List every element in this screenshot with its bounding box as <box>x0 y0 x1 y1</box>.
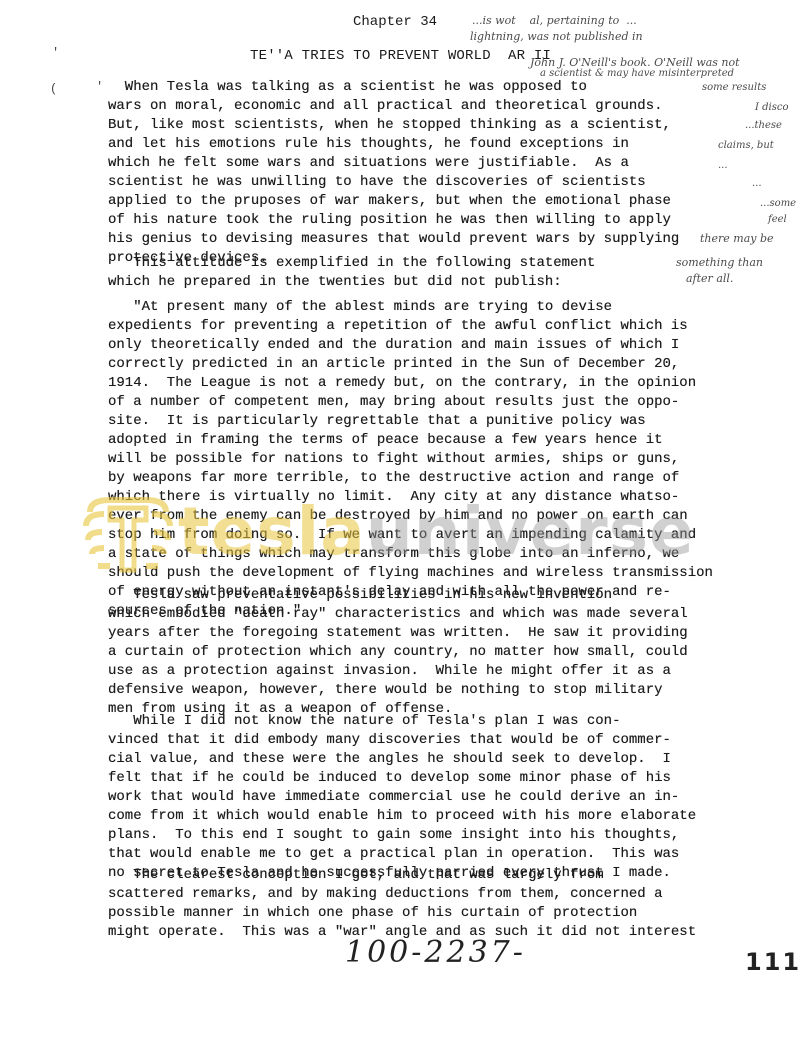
text-line: But, like most scientists, when he stopp… <box>108 116 679 135</box>
text-line: While I did not know the nature of Tesla… <box>108 712 696 731</box>
text-line: wars on moral, economic and all practica… <box>108 97 679 116</box>
paragraph: This attitude is exemplified in the foll… <box>108 254 595 292</box>
text-line: and let his emotions rule his thoughts, … <box>108 135 679 154</box>
text-line: ever from the enemy can be destroyed by … <box>108 507 713 526</box>
text-line: site. It is particularly regrettable tha… <box>108 412 713 431</box>
text-line: "At present many of the ablest minds are… <box>108 298 713 317</box>
text-line: scattered remarks, and by making deducti… <box>108 885 696 904</box>
text-line: which he felt some wars and situations w… <box>108 154 679 173</box>
handwritten-note: ... <box>752 178 762 189</box>
handwritten-note: I disco <box>755 102 788 113</box>
text-line: correctly predicted in an article printe… <box>108 355 713 374</box>
text-line: work that would have immediate commercia… <box>108 788 696 807</box>
handwritten-note: ... <box>718 160 728 171</box>
text-line: The clearest conception I got, and that … <box>108 866 696 885</box>
text-line: by weapons far more terrible, to the des… <box>108 469 713 488</box>
text-line: will be possible for nations to fight wi… <box>108 450 713 469</box>
text-line: 1914. The League is not a remedy but, on… <box>108 374 713 393</box>
handwritten-note: claims, but <box>718 140 774 151</box>
text-line: When Tesla was talking as a scientist he… <box>108 78 679 97</box>
handwritten-note: there may be <box>700 232 774 245</box>
text-line: defensive weapon, however, there would b… <box>108 681 688 700</box>
handwritten-note: ...these <box>745 120 782 131</box>
text-line: that would enable me to get a practical … <box>108 845 696 864</box>
handwritten-note: ...some <box>760 198 796 209</box>
paragraph: When Tesla was talking as a scientist he… <box>108 78 679 268</box>
handwritten-note: feel <box>768 214 787 225</box>
text-line: come from it which would enable him to p… <box>108 807 696 826</box>
text-line: should push the development of flying ma… <box>108 564 713 583</box>
paragraph-quotation: "At present many of the ablest minds are… <box>108 298 713 621</box>
text-line: vinced that it did embody many discoveri… <box>108 731 696 750</box>
margin-mark: ' <box>52 46 59 60</box>
paragraph: While I did not know the nature of Tesla… <box>108 712 696 883</box>
handwritten-note: some results <box>702 82 766 93</box>
text-line: Tesla saw preventative possibilities in … <box>108 586 688 605</box>
handwritten-note: something than <box>676 256 763 269</box>
text-line: applied to the pruposes of war makers, b… <box>108 192 679 211</box>
page-number: 111 <box>745 948 800 976</box>
paragraph: The clearest conception I got, and that … <box>108 866 696 942</box>
text-line: which he prepared in the twenties but di… <box>108 273 595 292</box>
text-line: felt that if he could be induced to deve… <box>108 769 696 788</box>
text-line: adopted in framing the terms of peace be… <box>108 431 713 450</box>
margin-mark: ' <box>96 80 103 94</box>
text-line: a curtain of protection which any countr… <box>108 643 688 662</box>
handwritten-note: lightning, was not published in <box>470 30 643 43</box>
handwritten-note: after all. <box>686 272 733 285</box>
paragraph: Tesla saw preventative possibilities in … <box>108 586 688 719</box>
text-line: expedients for preventing a repetition o… <box>108 317 713 336</box>
text-line: his genius to devising measures that wou… <box>108 230 679 249</box>
text-line: use as a protection against invasion. Wh… <box>108 662 688 681</box>
chapter-heading: Chapter 34 <box>353 14 437 30</box>
text-line: years after the foregoing statement was … <box>108 624 688 643</box>
text-line: This attitude is exemplified in the foll… <box>108 254 595 273</box>
text-line: scientist he was unwilling to have the d… <box>108 173 679 192</box>
text-line: which there is virtually no limit. Any c… <box>108 488 713 507</box>
file-number: 100-2237- <box>345 935 526 970</box>
chapter-title: TE''A TRIES TO PREVENT WORLD AR II <box>250 48 551 64</box>
text-line: stop him from doing so. If we want to av… <box>108 526 713 545</box>
text-line: plans. To this end I sought to gain some… <box>108 826 696 845</box>
text-line: a state of things which may transform th… <box>108 545 713 564</box>
text-line: possible manner in which one phase of hi… <box>108 904 696 923</box>
margin-mark: ( <box>50 82 57 96</box>
text-line: cial value, and these were the angles he… <box>108 750 696 769</box>
text-line: which embodied "death ray" characteristi… <box>108 605 688 624</box>
document-page: ' ( ' Chapter 34 TE''A TRIES TO PREVENT … <box>0 0 800 1043</box>
handwritten-note: ...is wot al, pertaining to ... <box>472 14 637 27</box>
text-line: only theoretically ended and the duratio… <box>108 336 713 355</box>
text-line: of his nature took the ruling position h… <box>108 211 679 230</box>
text-line: of a number of competent men, may bring … <box>108 393 713 412</box>
handwritten-note: a scientist & may have misinterpreted <box>540 68 734 79</box>
